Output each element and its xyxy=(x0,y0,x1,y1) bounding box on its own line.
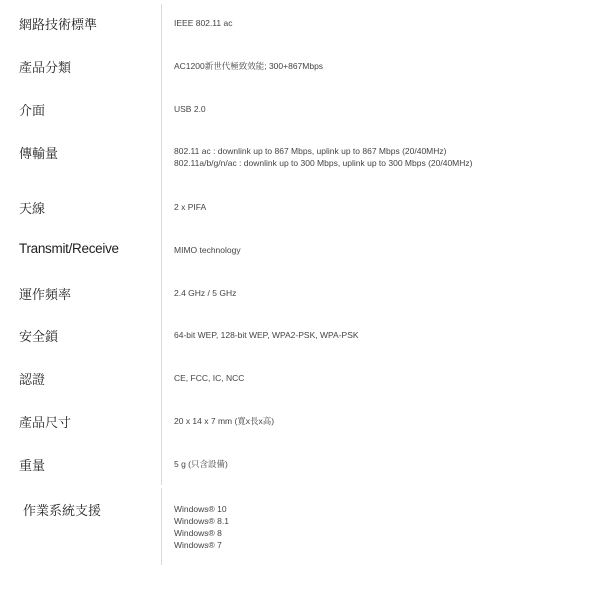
spec-value-line: 802.11a/b/g/n/ac : downlink up to 300 Mb… xyxy=(174,157,472,169)
spec-value: IEEE 802.11 ac xyxy=(174,17,232,29)
spec-value: MIMO technology xyxy=(174,244,241,256)
spec-value: 5 g (只含設備) xyxy=(174,458,228,470)
spec-value: 20 x 14 x 7 mm (寬x長x高) xyxy=(174,415,274,427)
spec-value: 2 x PIFA xyxy=(174,201,206,213)
spec-value: AC1200新世代極致效能; 300+867Mbps xyxy=(174,60,323,72)
column-divider xyxy=(161,4,162,485)
spec-value-line: Windows® 8 xyxy=(174,527,222,539)
spec-label: 認證 xyxy=(19,369,45,388)
spec-label: 運作頻率 xyxy=(19,284,71,303)
spec-label: 產品尺寸 xyxy=(19,412,71,431)
spec-value: 2.4 GHz / 5 GHz xyxy=(174,287,236,299)
spec-value-line: Windows® 8.1 xyxy=(174,515,229,527)
spec-label: Transmit/Receive xyxy=(19,241,119,256)
spec-label: 作業系統支援 xyxy=(23,500,101,519)
spec-value: CE, FCC, IC, NCC xyxy=(174,372,244,384)
spec-label: 天線 xyxy=(19,198,45,217)
spec-label: 介面 xyxy=(19,100,45,119)
spec-value: USB 2.0 xyxy=(174,103,206,115)
spec-value-line: 802.11 ac : downlink up to 867 Mbps, upl… xyxy=(174,145,446,157)
spec-label: 安全鎖 xyxy=(19,326,58,345)
column-divider-os xyxy=(161,488,162,565)
spec-label: 傳輸量 xyxy=(19,143,58,162)
spec-label: 重量 xyxy=(19,455,45,474)
spec-label: 產品分類 xyxy=(19,57,71,76)
spec-value-line: Windows® 7 xyxy=(174,539,222,551)
spec-value-line: Windows® 10 xyxy=(174,503,227,515)
spec-value: 64-bit WEP, 128-bit WEP, WPA2-PSK, WPA-P… xyxy=(174,329,359,341)
spec-label: 網路技術標準 xyxy=(19,14,97,33)
